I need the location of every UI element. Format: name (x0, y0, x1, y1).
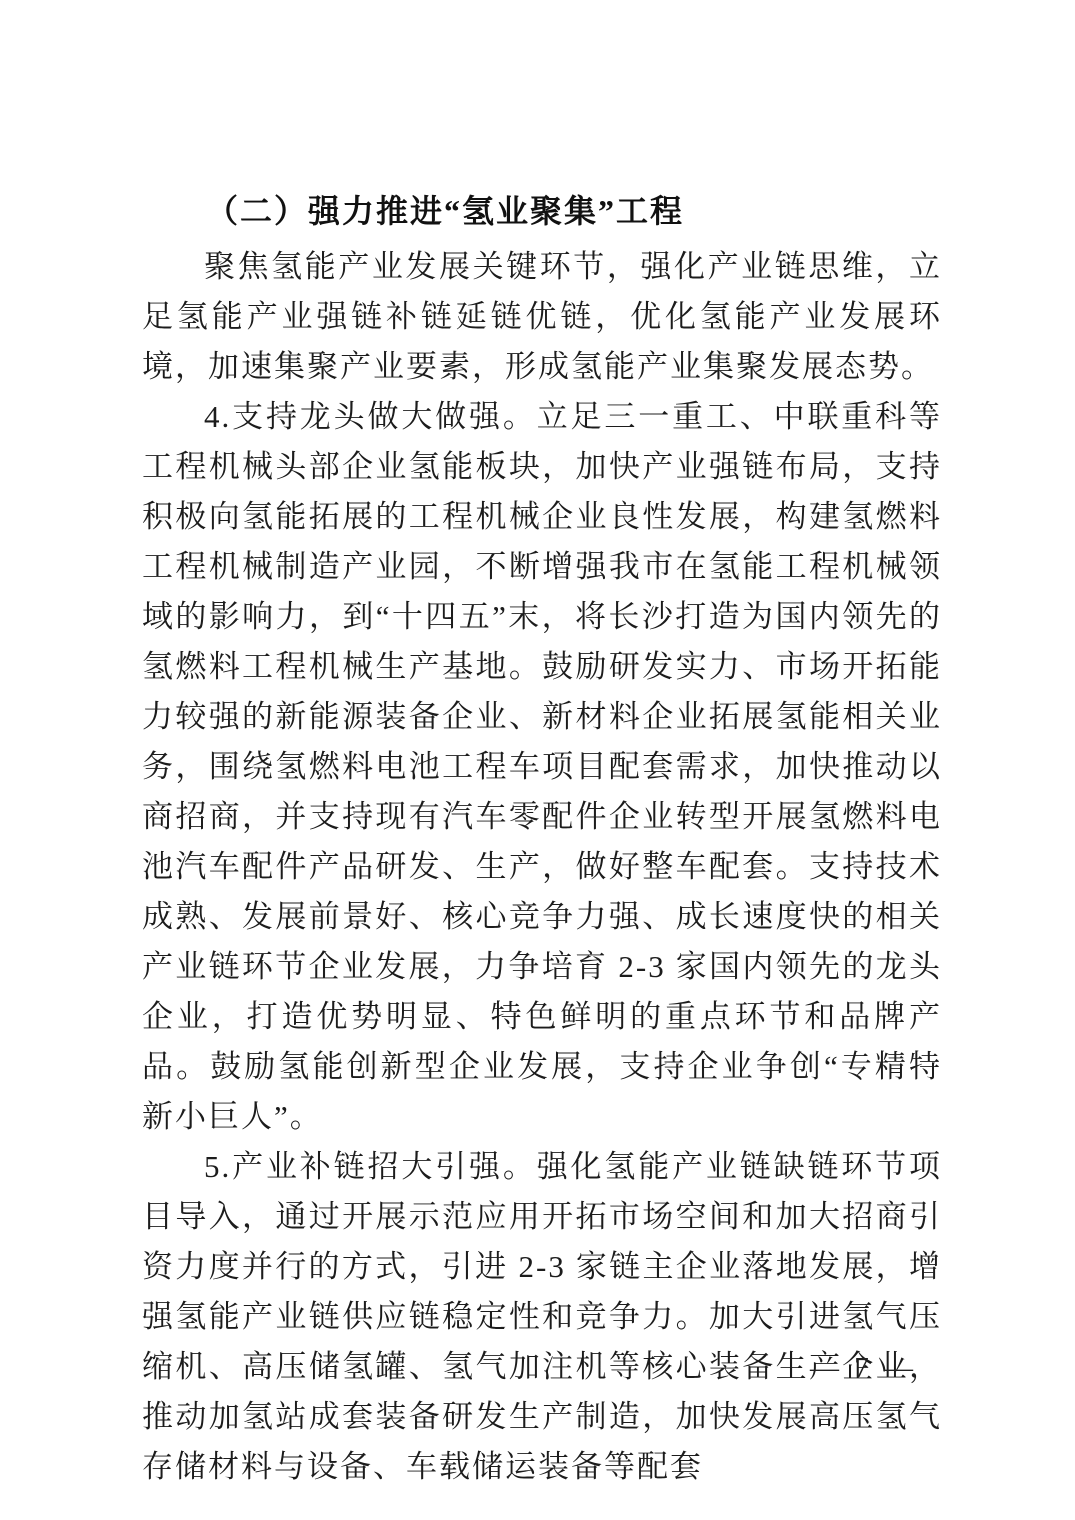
page-number: — 7 — (810, 1352, 917, 1385)
section-heading: （二）强力推进“氢业聚集”工程 (142, 186, 942, 236)
paragraph-intro: 聚焦氢能产业发展关键环节，强化产业链思维，立足氢能产业强链补链延链优链，优化氢能… (142, 242, 942, 392)
paragraph-item-4: 4.支持龙头做大做强。立足三一重工、中联重科等工程机械头部企业氢能板块，加快产业… (142, 392, 942, 1142)
document-body: （二）强力推进“氢业聚集”工程 聚焦氢能产业发展关键环节，强化产业链思维，立足氢… (142, 186, 942, 1492)
document-page: （二）强力推进“氢业聚集”工程 聚焦氢能产业发展关键环节，强化产业链思维，立足氢… (0, 0, 1075, 1520)
paragraph-item-5: 5.产业补链招大引强。强化氢能产业链缺链环节项目导入，通过开展示范应用开拓市场空… (142, 1142, 942, 1492)
